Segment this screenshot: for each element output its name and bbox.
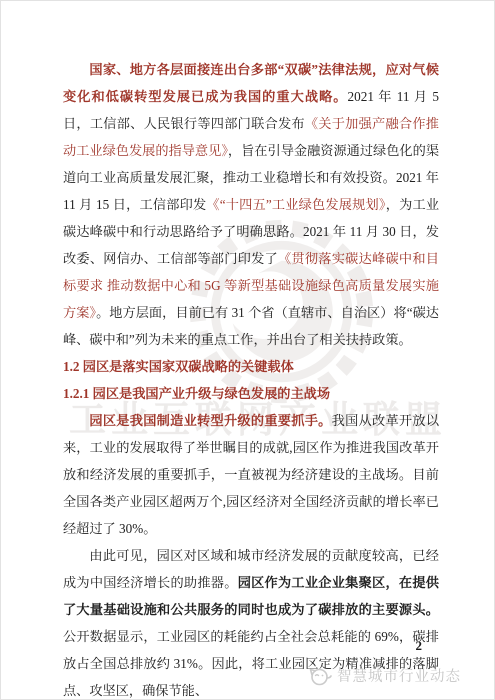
text-segment: 公开数据显示，工业园区的耗能约占全社会总耗能的 69%，碳排放占全国总排放约 3… xyxy=(63,629,439,698)
text-segment: 我国从改革开放以来，工业的发展取得了举世瞩目的成就,园区作为推进我国改革开放和经… xyxy=(63,413,439,536)
paragraph: 园区是我国制造业转型升级的重要抓手。我国从改革开放以来，工业的发展取得了举世瞩目… xyxy=(63,407,439,542)
section-heading: 1.2 园区是落实国家双碳战略的关键载体 xyxy=(63,353,439,380)
text-segment: 园区是我国制造业转型升级的重要抓手。 xyxy=(89,413,331,428)
document-body: 国家、地方各层面接连出台多部“双碳”法律法规，应对气候变化和低碳转型发展已成为我… xyxy=(63,56,439,700)
footer-watermark: 智慧城市行业动态 xyxy=(309,665,461,686)
document-page: 工业互联网产业联盟 国家、地方各层面接连出台多部“双碳”法律法规，应对气候变化和… xyxy=(0,0,495,700)
footer-watermark-text: 智慧城市行业动态 xyxy=(337,665,461,686)
text-segment: 1.2.1 园区是我国产业升级与绿色发展的主战场 xyxy=(63,386,330,401)
page-number: 2 xyxy=(416,638,423,654)
paragraph: 国家、地方各层面接连出台多部“双碳”法律法规，应对气候变化和低碳转型发展已成为我… xyxy=(63,56,439,353)
text-segment: 1.2 园区是落实国家双碳战略的关键载体 xyxy=(63,359,294,374)
mascot-logo-icon xyxy=(309,666,332,686)
text-segment: 《“十四五”工业绿色发展规划》 xyxy=(206,197,385,212)
subsection-heading: 1.2.1 园区是我国产业升级与绿色发展的主战场 xyxy=(63,380,439,407)
text-segment: 。地方层面，目前已有 31 个省（直辖市、自治区）将“碳达峰、碳中和”列为未来的… xyxy=(63,305,439,347)
